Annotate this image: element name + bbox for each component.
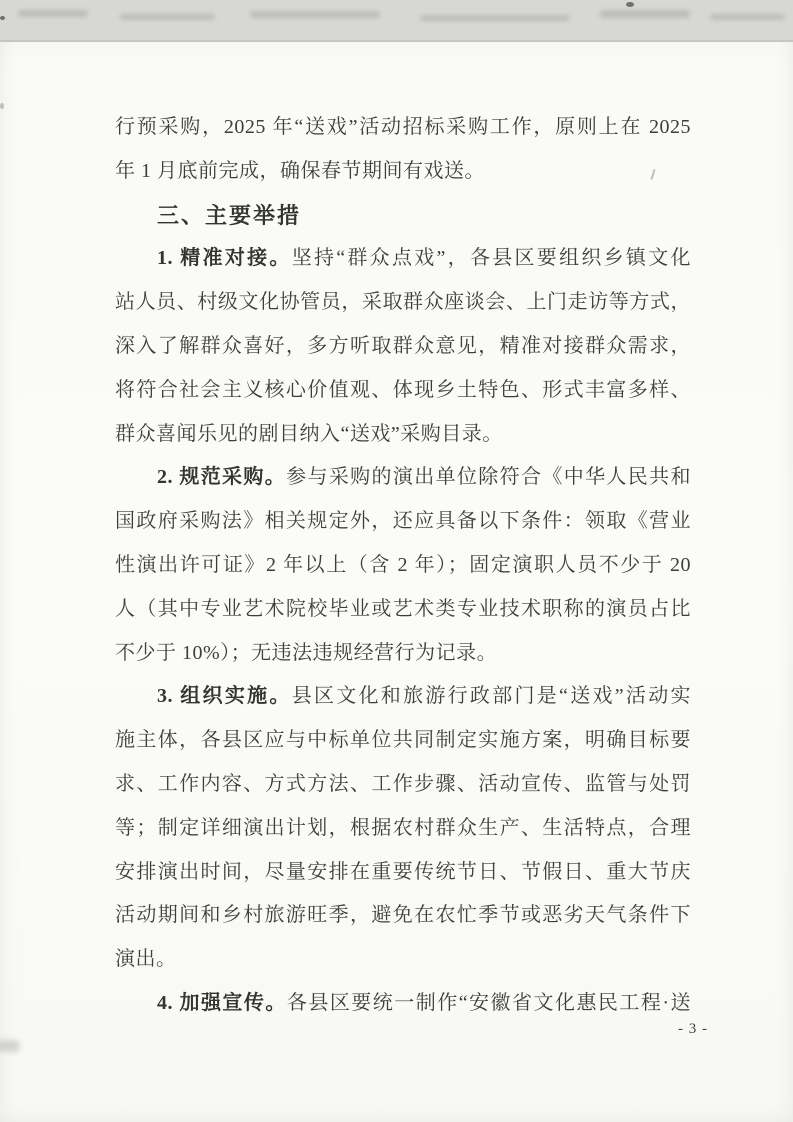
text-line: 安排演出时间，尽量安排在重要传统节日、节假日、重大节庆 <box>115 851 691 895</box>
text-line: 施主体，各县区应与中标单位共同制定实施方案，明确目标要 <box>115 719 691 763</box>
text-line: 群众喜闻乐见的剧目纳入“送戏”采购目录。 <box>115 413 691 457</box>
emphasis-text: 三、主要举措 <box>157 203 301 228</box>
text-line: 将符合社会主义核心价值观、体现乡土特色、形式丰富多样、 <box>115 369 691 413</box>
body-text: 各县区要统一制作“安徽省文化惠民工程·送 <box>287 992 691 1014</box>
text-line: 性演出许可证》2 年以上（含 2 年）；固定演职人员不少于 20 <box>115 544 691 588</box>
emphasis-text: 3. 组织实施。 <box>157 685 292 707</box>
scan-speck <box>0 16 5 20</box>
text-line: 求、工作内容、方式方法、工作步骤、活动宣传、监管与处罚 <box>115 763 691 807</box>
text-line: 年 1 月底前完成，确保春节期间有戏送。 <box>115 150 691 194</box>
body-text: 县区文化和旅游行政部门是“送戏”活动实 <box>292 685 691 707</box>
scan-smudge <box>600 10 690 18</box>
body-text: 深入了解群众喜好，多方听取群众意见，精准对接群众需求， <box>115 335 691 357</box>
text-line: 4. 加强宣传。各县区要统一制作“安徽省文化惠民工程·送 <box>115 982 691 1026</box>
text-line: 国政府采购法》相关规定外，还应具备以下条件：领取《营业 <box>115 500 691 544</box>
scan-speck <box>0 103 4 109</box>
body-text: 不少于 10%）；无违法违规经营行为记录。 <box>115 642 497 664</box>
scan-smudge <box>0 1040 20 1052</box>
body-text: 坚持“群众点戏”，各县区要组织乡镇文化 <box>292 247 691 269</box>
body-text: 求、工作内容、方式方法、工作步骤、活动宣传、监管与处罚 <box>115 773 691 795</box>
document-body: 行预采购，2025 年“送戏”活动招标采购工作，原则上在 2025年 1 月底前… <box>115 106 691 1026</box>
scan-smudge <box>18 10 88 17</box>
text-line: 1. 精准对接。坚持“群众点戏”，各县区要组织乡镇文化 <box>115 237 691 281</box>
body-text: 国政府采购法》相关规定外，还应具备以下条件：领取《营业 <box>115 510 691 532</box>
emphasis-text: 4. 加强宣传。 <box>157 992 287 1014</box>
scan-smudge <box>120 14 215 20</box>
scan-smudge <box>250 11 380 18</box>
scan-smudge <box>420 15 570 21</box>
body-text: 群众喜闻乐见的剧目纳入“送戏”采购目录。 <box>115 423 503 445</box>
text-line: 3. 组织实施。县区文化和旅游行政部门是“送戏”活动实 <box>115 675 691 719</box>
body-text: 施主体，各县区应与中标单位共同制定实施方案，明确目标要 <box>115 729 691 751</box>
text-line: 2. 规范采购。参与采购的演出单位除符合《中华人民共和 <box>115 456 691 500</box>
body-text: 安排演出时间，尽量安排在重要传统节日、节假日、重大节庆 <box>115 861 691 883</box>
body-text: 年 1 月底前完成，确保春节期间有戏送。 <box>115 160 485 182</box>
body-text: 将符合社会主义核心价值观、体现乡土特色、形式丰富多样、 <box>115 379 691 401</box>
body-text: 站人员、村级文化协管员，采取群众座谈会、上门走访等方式， <box>115 291 691 313</box>
text-line: 人（其中专业艺术院校毕业或艺术类专业技术职称的演员占比 <box>115 588 691 632</box>
text-line: 不少于 10%）；无违法违规经营行为记录。 <box>115 632 691 676</box>
body-text: 行预采购，2025 年“送戏”活动招标采购工作，原则上在 2025 <box>115 116 691 138</box>
text-line: 深入了解群众喜好，多方听取群众意见，精准对接群众需求， <box>115 325 691 369</box>
body-text: 人（其中专业艺术院校毕业或艺术类专业技术职称的演员占比 <box>115 598 691 620</box>
body-text: 性演出许可证》2 年以上（含 2 年）；固定演职人员不少于 20 <box>115 554 691 576</box>
scan-edge-band <box>0 0 793 42</box>
body-text: 演出。 <box>115 948 177 970</box>
scanned-page: 行预采购，2025 年“送戏”活动招标采购工作，原则上在 2025年 1 月底前… <box>0 0 793 1122</box>
text-line: 站人员、村级文化协管员，采取群众座谈会、上门走访等方式， <box>115 281 691 325</box>
text-line: 演出。 <box>115 938 691 982</box>
scan-smudge <box>710 14 785 20</box>
body-text: 活动期间和乡村旅游旺季，避免在农忙季节或恶劣天气条件下 <box>115 904 691 926</box>
text-line: 等；制定详细演出计划，根据农村群众生产、生活特点，合理 <box>115 807 691 851</box>
page-number: - 3 - <box>678 1021 708 1038</box>
scan-speck <box>626 2 634 7</box>
emphasis-text: 2. 规范采购。 <box>157 466 286 488</box>
text-line: 活动期间和乡村旅游旺季，避免在农忙季节或恶劣天气条件下 <box>115 894 691 938</box>
body-text: 参与采购的演出单位除符合《中华人民共和 <box>286 466 691 488</box>
emphasis-text: 1. 精准对接。 <box>157 247 292 269</box>
body-text: 等；制定详细演出计划，根据农村群众生产、生活特点，合理 <box>115 817 691 839</box>
section-heading: 三、主要举措 <box>115 194 691 238</box>
text-line: 行预采购，2025 年“送戏”活动招标采购工作，原则上在 2025 <box>115 106 691 150</box>
